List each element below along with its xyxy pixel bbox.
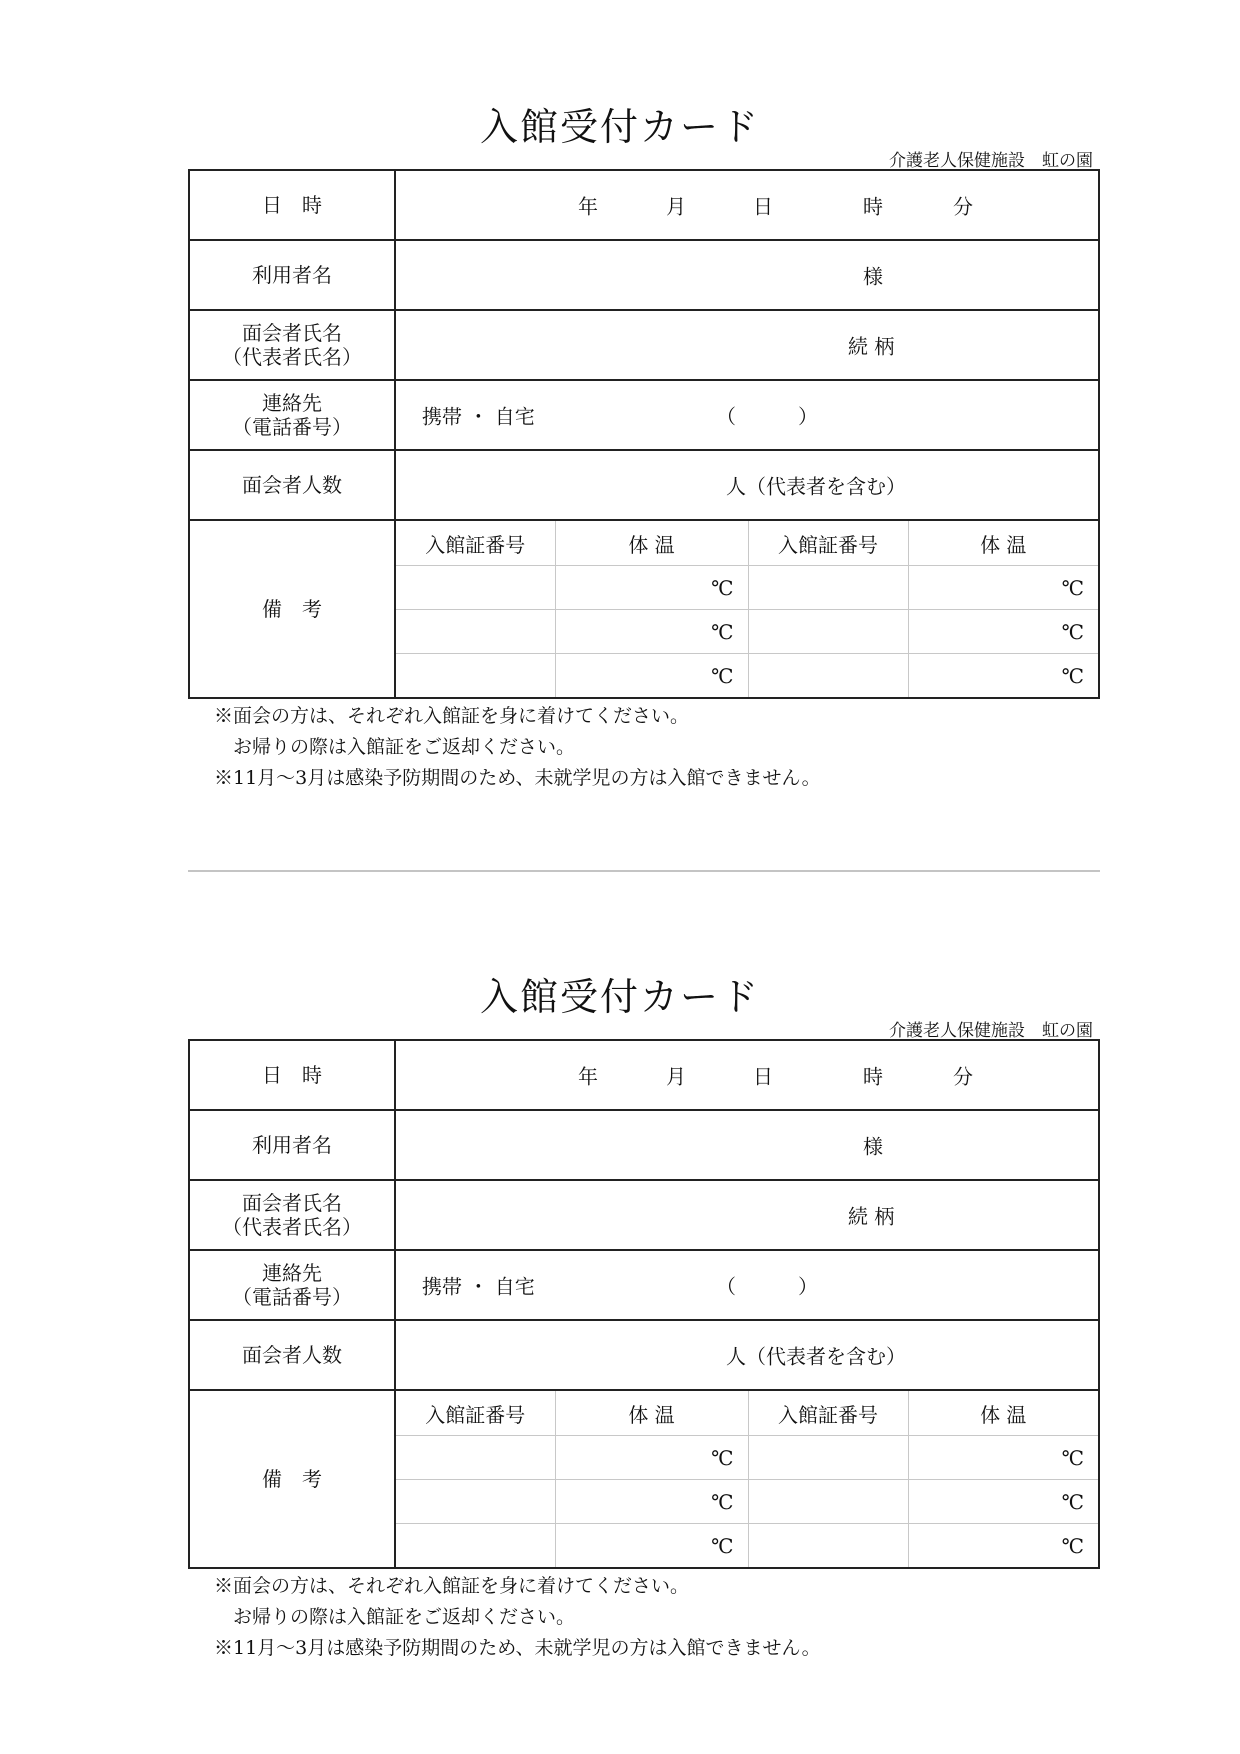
contact-label-line2: （電話番号） [190,415,394,439]
temperature-cell[interactable]: ℃ [908,610,1098,654]
year-unit: 年 [578,191,598,220]
badge-temperature-table: 入館証番号 体 温 入館証番号 体 温 ℃ ℃ ℃ [396,1391,1098,1567]
contact-label-line1: 連絡先 [190,391,394,415]
visitor-count-field[interactable]: 人（代表者を含む） [395,1320,1099,1390]
card-title: 入館受付カード [0,966,1240,1021]
minute-unit: 分 [953,1061,973,1090]
table-row: ℃ ℃ [396,1480,1098,1524]
temperature-cell[interactable]: ℃ [555,566,748,610]
table-row: ℃ ℃ [396,610,1098,654]
month-unit: 月 [666,191,686,220]
reception-form-table: 日 時 年 月 日 時 分 利用者名 様 面会者氏名 （代表者氏名） 続 柄 [188,169,1100,699]
badge-number-cell[interactable] [396,654,555,698]
paren-close: ） [798,401,818,430]
visitor-count-label: 面会者人数 [189,1320,395,1390]
temperature-header: 体 温 [908,521,1098,566]
hour-unit: 時 [863,191,883,220]
badge-number-cell[interactable] [396,566,555,610]
temperature-cell[interactable]: ℃ [908,1480,1098,1524]
remarks-field: 入館証番号 体 温 入館証番号 体 温 ℃ ℃ ℃ [395,520,1099,698]
day-unit: 日 [753,1061,773,1090]
user-name-field[interactable]: 様 [395,240,1099,310]
badge-number-cell[interactable] [748,1480,908,1524]
contact-field[interactable]: 携帯 ・ 自宅 （ ） [395,380,1099,450]
temperature-header: 体 温 [908,1391,1098,1436]
badge-number-cell[interactable] [748,1436,908,1480]
reception-card-2: 入館受付カード 介護老人保健施設 虹の園 日 時 年 月 日 時 分 利用者名 … [0,870,1240,1730]
visitor-name-label-line1: 面会者氏名 [190,321,394,345]
temperature-cell[interactable]: ℃ [555,1524,748,1568]
note-2: お帰りの際は入館証をご返却ください。 [214,732,821,763]
relation-label: 続 柄 [848,331,894,360]
badge-number-header: 入館証番号 [396,521,555,566]
temperature-cell[interactable]: ℃ [555,1436,748,1480]
user-name-field[interactable]: 様 [395,1110,1099,1180]
paren-open: （ [716,1271,736,1300]
card-title: 入館受付カード [0,96,1240,151]
visitor-count-label: 面会者人数 [189,450,395,520]
datetime-label: 日 時 [189,170,395,240]
badge-number-cell[interactable] [748,566,908,610]
temperature-cell[interactable]: ℃ [555,1480,748,1524]
badge-number-header: 入館証番号 [748,1391,908,1436]
datetime-field[interactable]: 年 月 日 時 分 [395,170,1099,240]
relation-label: 続 柄 [848,1201,894,1230]
remarks-label: 備 考 [189,1390,395,1568]
badge-number-cell[interactable] [748,610,908,654]
temperature-cell[interactable]: ℃ [555,610,748,654]
honorific-suffix: 様 [863,1131,883,1160]
facility-name: 介護老人保健施設 虹の園 [889,1016,1093,1041]
visitor-name-label: 面会者氏名 （代表者氏名） [189,1180,395,1250]
reception-form-table: 日 時 年 月 日 時 分 利用者名 様 面会者氏名 （代表者氏名） 続 柄 [188,1039,1100,1569]
note-1: ※面会の方は、それぞれ入館証を身に着けてください。 [214,1571,821,1602]
year-unit: 年 [578,1061,598,1090]
temperature-cell[interactable]: ℃ [908,1524,1098,1568]
contact-label: 連絡先 （電話番号） [189,1250,395,1320]
honorific-suffix: 様 [863,261,883,290]
note-1: ※面会の方は、それぞれ入館証を身に着けてください。 [214,701,821,732]
temperature-cell[interactable]: ℃ [908,1436,1098,1480]
table-row: ℃ ℃ [396,1436,1098,1480]
temperature-cell[interactable]: ℃ [908,566,1098,610]
note-3: ※11月～3月は感染予防期間のため、未就学児の方は入館できません。 [214,763,821,794]
badge-number-cell[interactable] [396,610,555,654]
table-row: ℃ ℃ [396,566,1098,610]
contact-label: 連絡先 （電話番号） [189,380,395,450]
user-name-label: 利用者名 [189,240,395,310]
badge-number-cell[interactable] [748,654,908,698]
contact-label-line1: 連絡先 [190,1261,394,1285]
phone-type-options[interactable]: 携帯 ・ 自宅 [422,1271,535,1300]
badge-temperature-table: 入館証番号 体 温 入館証番号 体 温 ℃ ℃ ℃ [396,521,1098,697]
paren-close: ） [798,1271,818,1300]
badge-number-cell[interactable] [396,1524,555,1568]
badge-number-header: 入館証番号 [748,521,908,566]
day-unit: 日 [753,191,773,220]
minute-unit: 分 [953,191,973,220]
visitor-count-suffix: 人（代表者を含む） [726,471,906,500]
month-unit: 月 [666,1061,686,1090]
contact-field[interactable]: 携帯 ・ 自宅 （ ） [395,1250,1099,1320]
table-row: ℃ ℃ [396,1524,1098,1568]
temperature-header: 体 温 [555,521,748,566]
paren-open: （ [716,401,736,430]
visitor-count-suffix: 人（代表者を含む） [726,1341,906,1370]
visitor-name-label-line2: （代表者氏名） [190,345,394,369]
phone-type-options[interactable]: 携帯 ・ 自宅 [422,401,535,430]
badge-number-cell[interactable] [396,1480,555,1524]
hour-unit: 時 [863,1061,883,1090]
visitor-name-field[interactable]: 続 柄 [395,310,1099,380]
notes: ※面会の方は、それぞれ入館証を身に着けてください。 お帰りの際は入館証をご返却く… [214,1571,821,1664]
badge-number-cell[interactable] [396,1436,555,1480]
user-name-label: 利用者名 [189,1110,395,1180]
reception-card-1: 入館受付カード 介護老人保健施設 虹の園 日 時 年 月 日 時 分 利用者名 … [0,0,1240,860]
contact-label-line2: （電話番号） [190,1285,394,1309]
table-row: ℃ ℃ [396,654,1098,698]
visitor-count-field[interactable]: 人（代表者を含む） [395,450,1099,520]
badge-number-header: 入館証番号 [396,1391,555,1436]
visitor-name-label-line1: 面会者氏名 [190,1191,394,1215]
facility-name: 介護老人保健施設 虹の園 [889,146,1093,171]
note-2: お帰りの際は入館証をご返却ください。 [214,1602,821,1633]
notes: ※面会の方は、それぞれ入館証を身に着けてください。 お帰りの際は入館証をご返却く… [214,701,821,794]
note-3: ※11月～3月は感染予防期間のため、未就学児の方は入館できません。 [214,1633,821,1664]
visitor-name-label-line2: （代表者氏名） [190,1215,394,1239]
datetime-label: 日 時 [189,1040,395,1110]
temperature-cell[interactable]: ℃ [908,654,1098,698]
remarks-field: 入館証番号 体 温 入館証番号 体 温 ℃ ℃ ℃ [395,1390,1099,1568]
temperature-cell[interactable]: ℃ [555,654,748,698]
badge-number-cell[interactable] [748,1524,908,1568]
remarks-label: 備 考 [189,520,395,698]
visitor-name-field[interactable]: 続 柄 [395,1180,1099,1250]
datetime-field[interactable]: 年 月 日 時 分 [395,1040,1099,1110]
visitor-name-label: 面会者氏名 （代表者氏名） [189,310,395,380]
temperature-header: 体 温 [555,1391,748,1436]
